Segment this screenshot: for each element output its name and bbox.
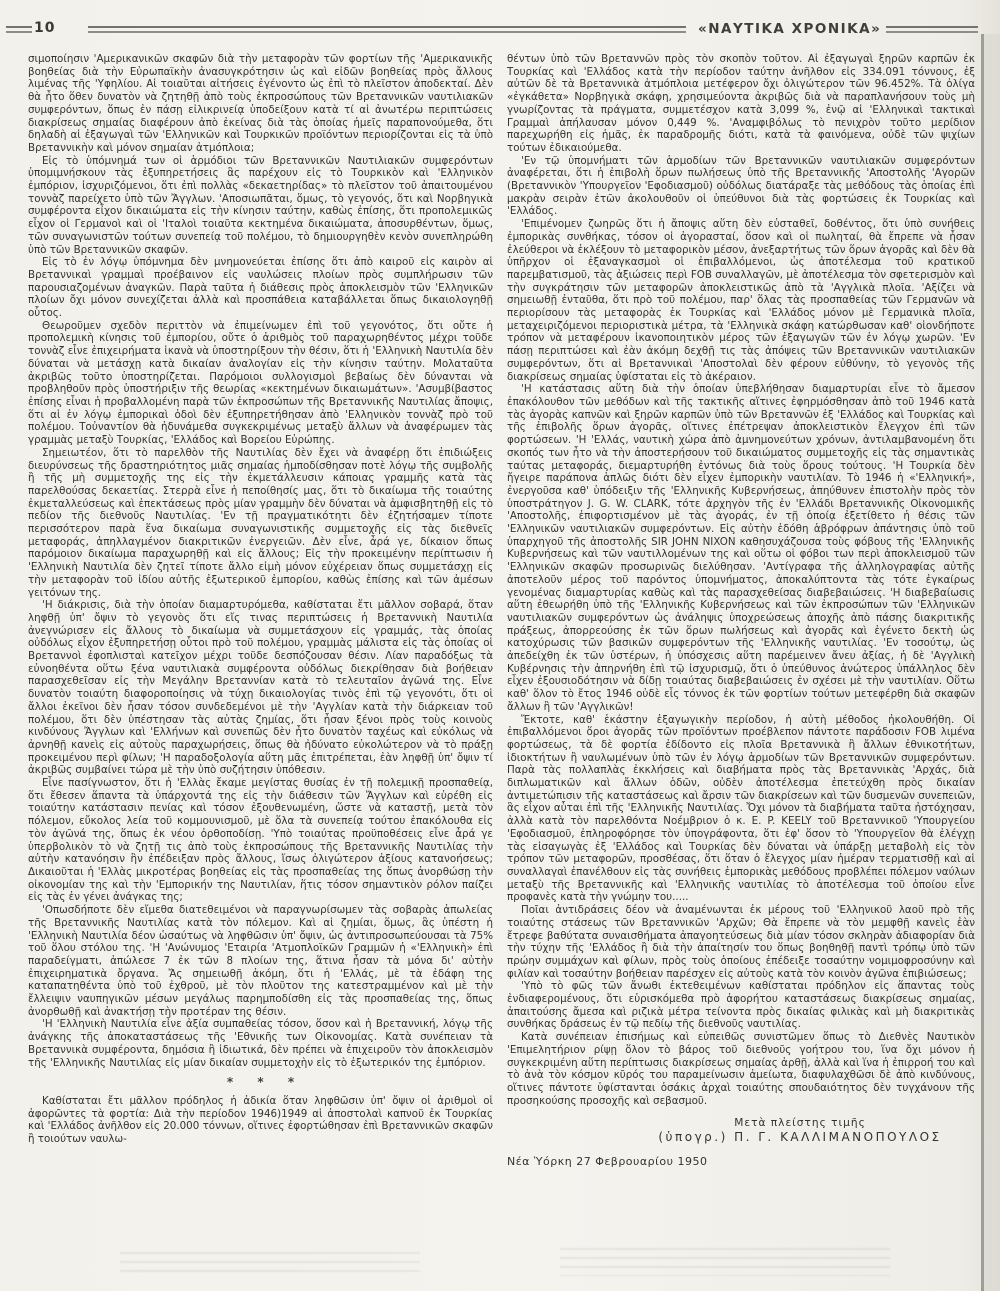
paragraph: 'Η διάκρισις, διὰ τὴν ὁποίαν διαμαρτυρόμ… [28, 599, 493, 777]
paragraph: 'Εν τῷ ὑπομνήματι τῶν ἁρμοδίων τῶν Βρετα… [507, 155, 975, 219]
signature-name: (ὑπογρ.) Π. Γ. ΚΑΛΛΙΜΑΝΟΠΟΥΛΟΣ [625, 1131, 975, 1144]
signature-honorific: Μετὰ πλείστης τιμῆς [625, 1117, 975, 1130]
paragraph: Εἰς τὸ ἐν λόγῳ ὑπόμνημα δὲν μνημονεύεται… [28, 256, 493, 320]
paragraph: Εἶνε πασίγνωστον, ὅτι ἡ 'Ελλὰς ἔκαμε μεγ… [28, 777, 493, 904]
paragraph: Ποῖαι ἀντιδράσεις δέον νὰ ἀναμένωνται ἐκ… [507, 904, 975, 980]
paragraph: Θεωροῦμεν σχεδὸν περιττὸν νὰ ἐπιμείνωμεν… [28, 320, 493, 447]
masthead-title: «ΝΑΥΤΙΚΑ ΧΡΟΝΙΚΑ» [698, 21, 881, 37]
paragraph: σιμοποίησιν 'Αμερικανικῶν σκαφῶν διὰ τὴν… [28, 53, 493, 155]
left-text-column: σιμοποίησιν 'Αμερικανικῶν σκαφῶν διὰ τὴν… [28, 53, 493, 1285]
paragraph: θέντων ὑπὸ τῶν Βρεταννῶν πρὸς τὸν σκοπὸν… [507, 53, 975, 155]
bleed-through-artifact [560, 1248, 890, 1276]
page-number: 10 [34, 20, 55, 36]
paragraph: Ἔκτοτε, καθ' ἑκάστην ἐξαγωγικὴν περίοδον… [507, 714, 975, 905]
paragraph: Κατὰ συνέπειαν ἐπισήμως καὶ εὐπειθῶς συν… [507, 1031, 975, 1107]
paragraph: 'Οπωσδήποτε δὲν εἴμεθα διατεθειμένοι νὰ … [28, 904, 493, 1018]
section-separator: * * * [28, 1069, 493, 1095]
scan-edge-shadow [984, 34, 1000, 1291]
bleed-through-artifact [120, 1252, 420, 1274]
paragraph: 'Η 'Ελληνικὴ Ναυτιλία εἶνε ἀξία συμπαθεί… [28, 1018, 493, 1069]
header-rule-left [6, 26, 32, 33]
signature-block: Μετὰ πλείστης τιμῆς (ὑπογρ.) Π. Γ. ΚΑΛΛΙ… [507, 1117, 975, 1143]
paragraph: 'Υπὸ τὸ φῶς τῶν ἄνωθι ἐκτεθειμένων καθίσ… [507, 980, 975, 1031]
header-rule-right [886, 26, 978, 33]
right-text-column: θέντων ὑπὸ τῶν Βρεταννῶν πρὸς τὸν σκοπὸν… [507, 53, 975, 1285]
paragraph: 'Επιμένομεν ζωηρῶς ὅτι ἡ ἄποψις αὕτη δὲν… [507, 218, 975, 383]
magazine-page: 10 «ΝΑΥΤΙΚΑ ΧΡΟΝΙΚΑ» σιμοποίησιν 'Αμερικ… [0, 0, 1000, 1291]
header-rule-main [88, 26, 686, 33]
paragraph: Εἰς τὸ ὑπόμνημά των οἱ ἁρμόδιοι τῶν Βρετ… [28, 155, 493, 257]
dateline: Νέα Ὑόρκη 27 Φεβρουαρίου 1950 [507, 1156, 975, 1169]
paragraph: 'Η κατάστασις αὕτη διὰ τὴν ὁποίαν ὑπεβλή… [507, 383, 975, 713]
paragraph: Καθίσταται ἔτι μᾶλλον πρόδηλος ἡ ἀδικία … [28, 1095, 493, 1146]
paragraph: Σημειωτέον, ὅτι τὸ παρελθὸν τῆς Ναυτιλία… [28, 447, 493, 599]
